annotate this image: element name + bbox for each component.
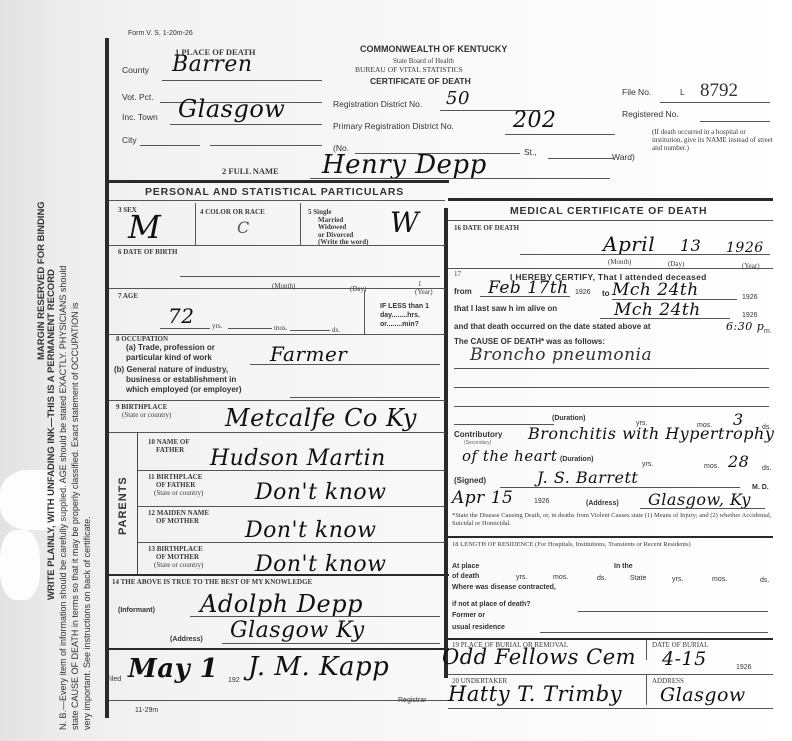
rule <box>109 245 445 246</box>
age-ds-line <box>290 330 330 331</box>
death-month: April <box>603 232 655 256</box>
rule <box>137 470 445 471</box>
undertaker-value: Hatty T. Trimby <box>448 682 622 706</box>
signed-line <box>500 487 740 488</box>
filed-year-prefix: 192 <box>228 677 240 684</box>
rule <box>448 708 773 709</box>
dob-label: 6 DATE OF BIRTH <box>118 248 177 256</box>
to-year: 1926 <box>742 294 758 301</box>
if-less-box: IF LESS than 1 day........hrs. or.......… <box>380 302 429 329</box>
if-less-line-2: day........hrs. <box>380 311 429 320</box>
contracted-label-2: if not at place of death? <box>452 601 531 608</box>
sex-value: M <box>128 208 161 246</box>
physician-signature: J. S. Barrett <box>537 468 638 487</box>
occ-b-line <box>290 397 440 398</box>
death-date-line <box>520 254 770 255</box>
last-saw-label: that I last saw h im alive on <box>454 304 557 313</box>
age-years: 72 <box>168 304 194 328</box>
contrib-duration-mos: 28 <box>728 452 749 471</box>
contributory-label: Contributory <box>454 430 502 439</box>
burial-date-suffix: 1926 <box>736 664 752 671</box>
inc-town-value: Glasgow <box>178 95 285 123</box>
cause-line-3 <box>454 406 769 407</box>
occ-b-line1: (b) General nature of industry, <box>114 365 228 374</box>
section-rule-left <box>109 180 449 183</box>
rule-thick <box>109 648 449 650</box>
rule-thick <box>448 638 773 640</box>
city-label: City <box>122 135 137 145</box>
mother-name-value: Don't know <box>245 518 377 543</box>
mother-name-label-1: 12 MAIDEN NAME <box>148 509 209 517</box>
rule <box>109 200 445 201</box>
color-value: C <box>237 218 250 237</box>
left-border <box>105 38 109 718</box>
divider <box>195 203 196 245</box>
informant-line <box>190 616 440 617</box>
death-month-label: (Month) <box>608 258 631 266</box>
inc-town-label: Inc. Town <box>122 112 158 122</box>
marital-label: 5 Single Married Widowed or Divorced (Wr… <box>308 209 368 247</box>
margin-note-1: N. B.—Every item of information should b… <box>58 266 68 730</box>
burial-place-value: Odd Fellows Cem <box>442 645 636 669</box>
occurred-suffix: m. <box>764 328 772 335</box>
full-name-label: 2 FULL NAME <box>222 166 279 176</box>
if-less-line-3: or........min? <box>380 320 429 329</box>
mother-name-label: 12 MAIDEN NAME OF MOTHER <box>148 509 209 525</box>
title-commonwealth: COMMONWEALTH OF KENTUCKY <box>360 44 507 54</box>
rule <box>448 674 773 675</box>
file-number: 8792 <box>700 80 738 102</box>
contributory-value-2: of the heart <box>462 447 557 465</box>
center-divider <box>444 208 448 678</box>
occ-b-line2: business or establishment in <box>126 375 236 384</box>
informant-address-label: (Address) <box>170 636 203 643</box>
rule-thick <box>109 574 449 576</box>
dob-year-label: (Year) <box>415 288 433 296</box>
cause-duration-label: (Duration) <box>552 415 585 422</box>
primary-reg-value: 202 <box>513 108 557 133</box>
mother-birthplace-label-3: (State or country) <box>148 561 203 569</box>
primary-reg-line <box>505 134 615 135</box>
phys-address-label: (Address) <box>586 500 619 507</box>
burial-date-value: 4-15 <box>662 648 707 670</box>
divider <box>646 640 647 660</box>
registrar-signature: J. M. Kapp <box>248 652 389 682</box>
registered-no-label: Registered No. <box>622 109 679 119</box>
last-saw-year: 1926 <box>742 312 758 319</box>
dob-year-prefix: 1 <box>418 280 422 288</box>
father-name-label-2: FATHER <box>148 446 190 454</box>
cause-line-2 <box>454 387 769 388</box>
phys-address-line <box>640 508 765 509</box>
hospital-note: (If death occurred in a hospital or inst… <box>652 128 774 152</box>
city-line-2 <box>210 145 322 146</box>
inc-town-line <box>170 124 322 125</box>
age-yrs-label: yrs. <box>212 322 222 330</box>
title-board: State Board of Health <box>393 57 454 65</box>
former-label-2: usual residence <box>452 624 505 631</box>
birthplace-label: 9 BIRTHPLACE <box>116 403 167 411</box>
father-birthplace-value: Don't know <box>255 480 387 505</box>
former-line <box>540 632 768 633</box>
from-line <box>480 296 570 297</box>
in-the-label: In the <box>614 563 633 570</box>
father-birthplace-label-1: 11 BIRTHPLACE <box>148 473 203 481</box>
undertaker-address-value: Glasgow <box>660 684 746 706</box>
county-value: Barren <box>172 52 253 77</box>
father-birthplace-label: 11 BIRTHPLACE OF FATHER (State or countr… <box>148 473 203 497</box>
marital-value: W <box>390 206 419 239</box>
section-rule-right <box>448 198 773 201</box>
occ-a-line <box>250 364 440 365</box>
title-bureau: BUREAU OF VITAL STATISTICS <box>355 65 463 74</box>
primary-reg-label: Primary Registration District No. <box>333 121 454 131</box>
reg-district-label: Registration District No. <box>333 99 422 109</box>
death-day: 13 <box>680 236 701 255</box>
title-certificate: CERTIFICATE OF DEATH <box>370 76 471 86</box>
county-line <box>162 80 322 81</box>
full-name-line <box>310 178 610 179</box>
birthplace-value: Metcalfe Co Ky <box>225 404 417 432</box>
age-yrs-line <box>160 328 210 329</box>
occurred-time: 6:30 p <box>726 320 764 333</box>
rule <box>448 220 773 221</box>
res-state-ds: ds. <box>760 577 769 584</box>
contracted-line <box>578 611 768 612</box>
last-saw-value: Mch 24th <box>614 300 701 320</box>
contrib-duration-label: (Duration) <box>560 456 593 463</box>
occurred-label: and that death occurred on the date stat… <box>454 322 650 331</box>
informant-address-line <box>222 643 440 644</box>
father-birthplace-label-2: OF FATHER <box>148 481 203 489</box>
phys-address-value: Glasgow, Ky <box>648 490 751 509</box>
last-saw-line <box>600 318 730 319</box>
former-label-1: Former or <box>452 612 485 619</box>
father-name-label: 10 NAME OF FATHER <box>148 438 190 454</box>
file-no-label: File No. <box>622 87 651 97</box>
mother-birthplace-label: 13 BIRTHPLACE OF MOTHER (State or countr… <box>148 545 203 569</box>
ward-label: Ward) <box>612 152 635 162</box>
divider <box>364 290 365 334</box>
occupation-value: Farmer <box>270 342 347 366</box>
father-name-label-1: 10 NAME OF <box>148 438 190 446</box>
medical-section-title: MEDICAL CERTIFICATE OF DEATH <box>510 205 707 217</box>
contributory-value: Bronchitis with Hypertrophy <box>528 424 774 443</box>
rule <box>137 506 445 507</box>
res-state-mos: mos. <box>712 576 727 583</box>
age-mos-label: mos. <box>274 324 287 332</box>
rule-thick <box>448 536 773 538</box>
contrib-mos-label: mos. <box>704 463 719 470</box>
if-less-line-1: IF LESS than 1 <box>380 302 429 311</box>
occ-b-line3: which employed (or employer) <box>126 385 242 394</box>
informant-label: (Informant) <box>118 607 155 614</box>
father-birthplace-label-3: (State or country) <box>148 489 203 497</box>
residence-label: 18 LENGTH OF RESIDENCE (For Hospitals, I… <box>452 540 770 550</box>
margin-note-3: very important. See instructions on back… <box>82 516 92 730</box>
mother-birthplace-label-1: 13 BIRTHPLACE <box>148 545 203 553</box>
mother-birthplace-label-2: OF MOTHER <box>148 553 203 561</box>
informant-value: Adolph Depp <box>200 590 363 618</box>
file-no-prefix: L <box>680 87 685 97</box>
cause-footnote: *State the Disease Causing Death, or, in… <box>452 512 772 527</box>
city-line <box>140 145 200 146</box>
age-ds-label: ds. <box>332 326 340 334</box>
footer-code: 11-29m <box>135 707 158 714</box>
occ-a-line1: (a) Trade, profession or <box>126 343 215 352</box>
parents-label: PARENTS <box>117 476 129 535</box>
occ-a-line2: particular kind of work <box>126 353 212 362</box>
res-state: State <box>630 575 646 582</box>
rule <box>109 288 445 289</box>
signed-label: (Signed) <box>454 476 486 485</box>
cause-value: Broncho pneumonia <box>470 345 652 365</box>
signed-year: 1926 <box>534 498 550 505</box>
rule <box>109 400 445 401</box>
from-label: from <box>454 287 472 296</box>
from-value: Feb 17th <box>488 278 569 298</box>
birthplace-sub: (State or country) <box>122 411 171 419</box>
parents-divider <box>137 432 138 574</box>
margin-note-2: state CAUSE OF DEATH in terms so that it… <box>70 302 80 730</box>
md-label: M. D. <box>752 484 769 491</box>
contributory-sub: (Secondary) <box>464 440 491 446</box>
file-no-line <box>660 102 770 103</box>
attest-label: 14 THE ABOVE IS TRUE TO THE BEST OF MY K… <box>112 578 312 586</box>
death-date-label: 16 DATE OF DEATH <box>454 224 519 232</box>
rule <box>109 700 449 701</box>
informant-address-value: Glasgow Ky <box>230 618 365 643</box>
mother-name-label-2: OF MOTHER <box>148 517 209 525</box>
filed-label: Filed <box>106 676 121 683</box>
personal-section-title: PERSONAL AND STATISTICAL PARTICULARS <box>145 186 404 198</box>
reg-district-value: 50 <box>446 88 470 109</box>
county-label: County <box>122 65 149 75</box>
ward-line <box>548 158 613 159</box>
divider <box>300 203 301 245</box>
age-label: 7 AGE <box>118 292 138 300</box>
res-state-yrs: yrs. <box>672 576 683 583</box>
res-ds: ds. <box>597 575 606 582</box>
vot-pct-label: Vot. Pct. <box>122 92 154 102</box>
to-label: to <box>602 289 610 298</box>
paper-damage <box>0 530 40 600</box>
color-label: 4 COLOR OR RACE <box>200 208 265 216</box>
cause-line-1 <box>454 368 769 369</box>
margin-write-plainly: WRITE PLAINLY, WITH UNFADING INK—THIS IS… <box>46 269 57 600</box>
to-value: Mch 24th <box>612 280 699 300</box>
rule <box>448 268 773 269</box>
rule <box>137 542 445 543</box>
rule <box>109 432 445 433</box>
registered-no-line <box>700 121 770 122</box>
street-label: St., <box>524 147 537 157</box>
age-mos-line <box>228 328 272 329</box>
occupation-label: 8 OCCUPATION <box>116 335 168 343</box>
dob-line <box>180 276 440 277</box>
contrib-ds-label: ds. <box>762 465 771 472</box>
divider <box>646 675 647 705</box>
death-certificate: MARGIN RESERVED FOR BINDING WRITE PLAINL… <box>0 0 792 741</box>
form-number: Form V. S. 1-20m-26 <box>128 30 193 37</box>
death-day-label: (Day) <box>668 260 684 268</box>
res-mos: mos. <box>553 574 568 581</box>
at-place-label: At place <box>452 563 479 570</box>
signed-date: Apr 15 <box>452 488 513 508</box>
father-name-value: Hudson Martin <box>210 446 386 471</box>
of-death-label: of death <box>452 573 479 580</box>
from-year: 1926 <box>575 289 591 296</box>
res-yrs: yrs. <box>516 574 527 581</box>
certify-num: 17 <box>454 270 461 278</box>
full-name-value: Henry Depp <box>322 150 487 180</box>
contracted-label-1: Where was disease contracted, <box>452 584 556 591</box>
filed-value: May 1 <box>128 654 218 684</box>
contrib-yrs-label: yrs. <box>642 461 653 468</box>
